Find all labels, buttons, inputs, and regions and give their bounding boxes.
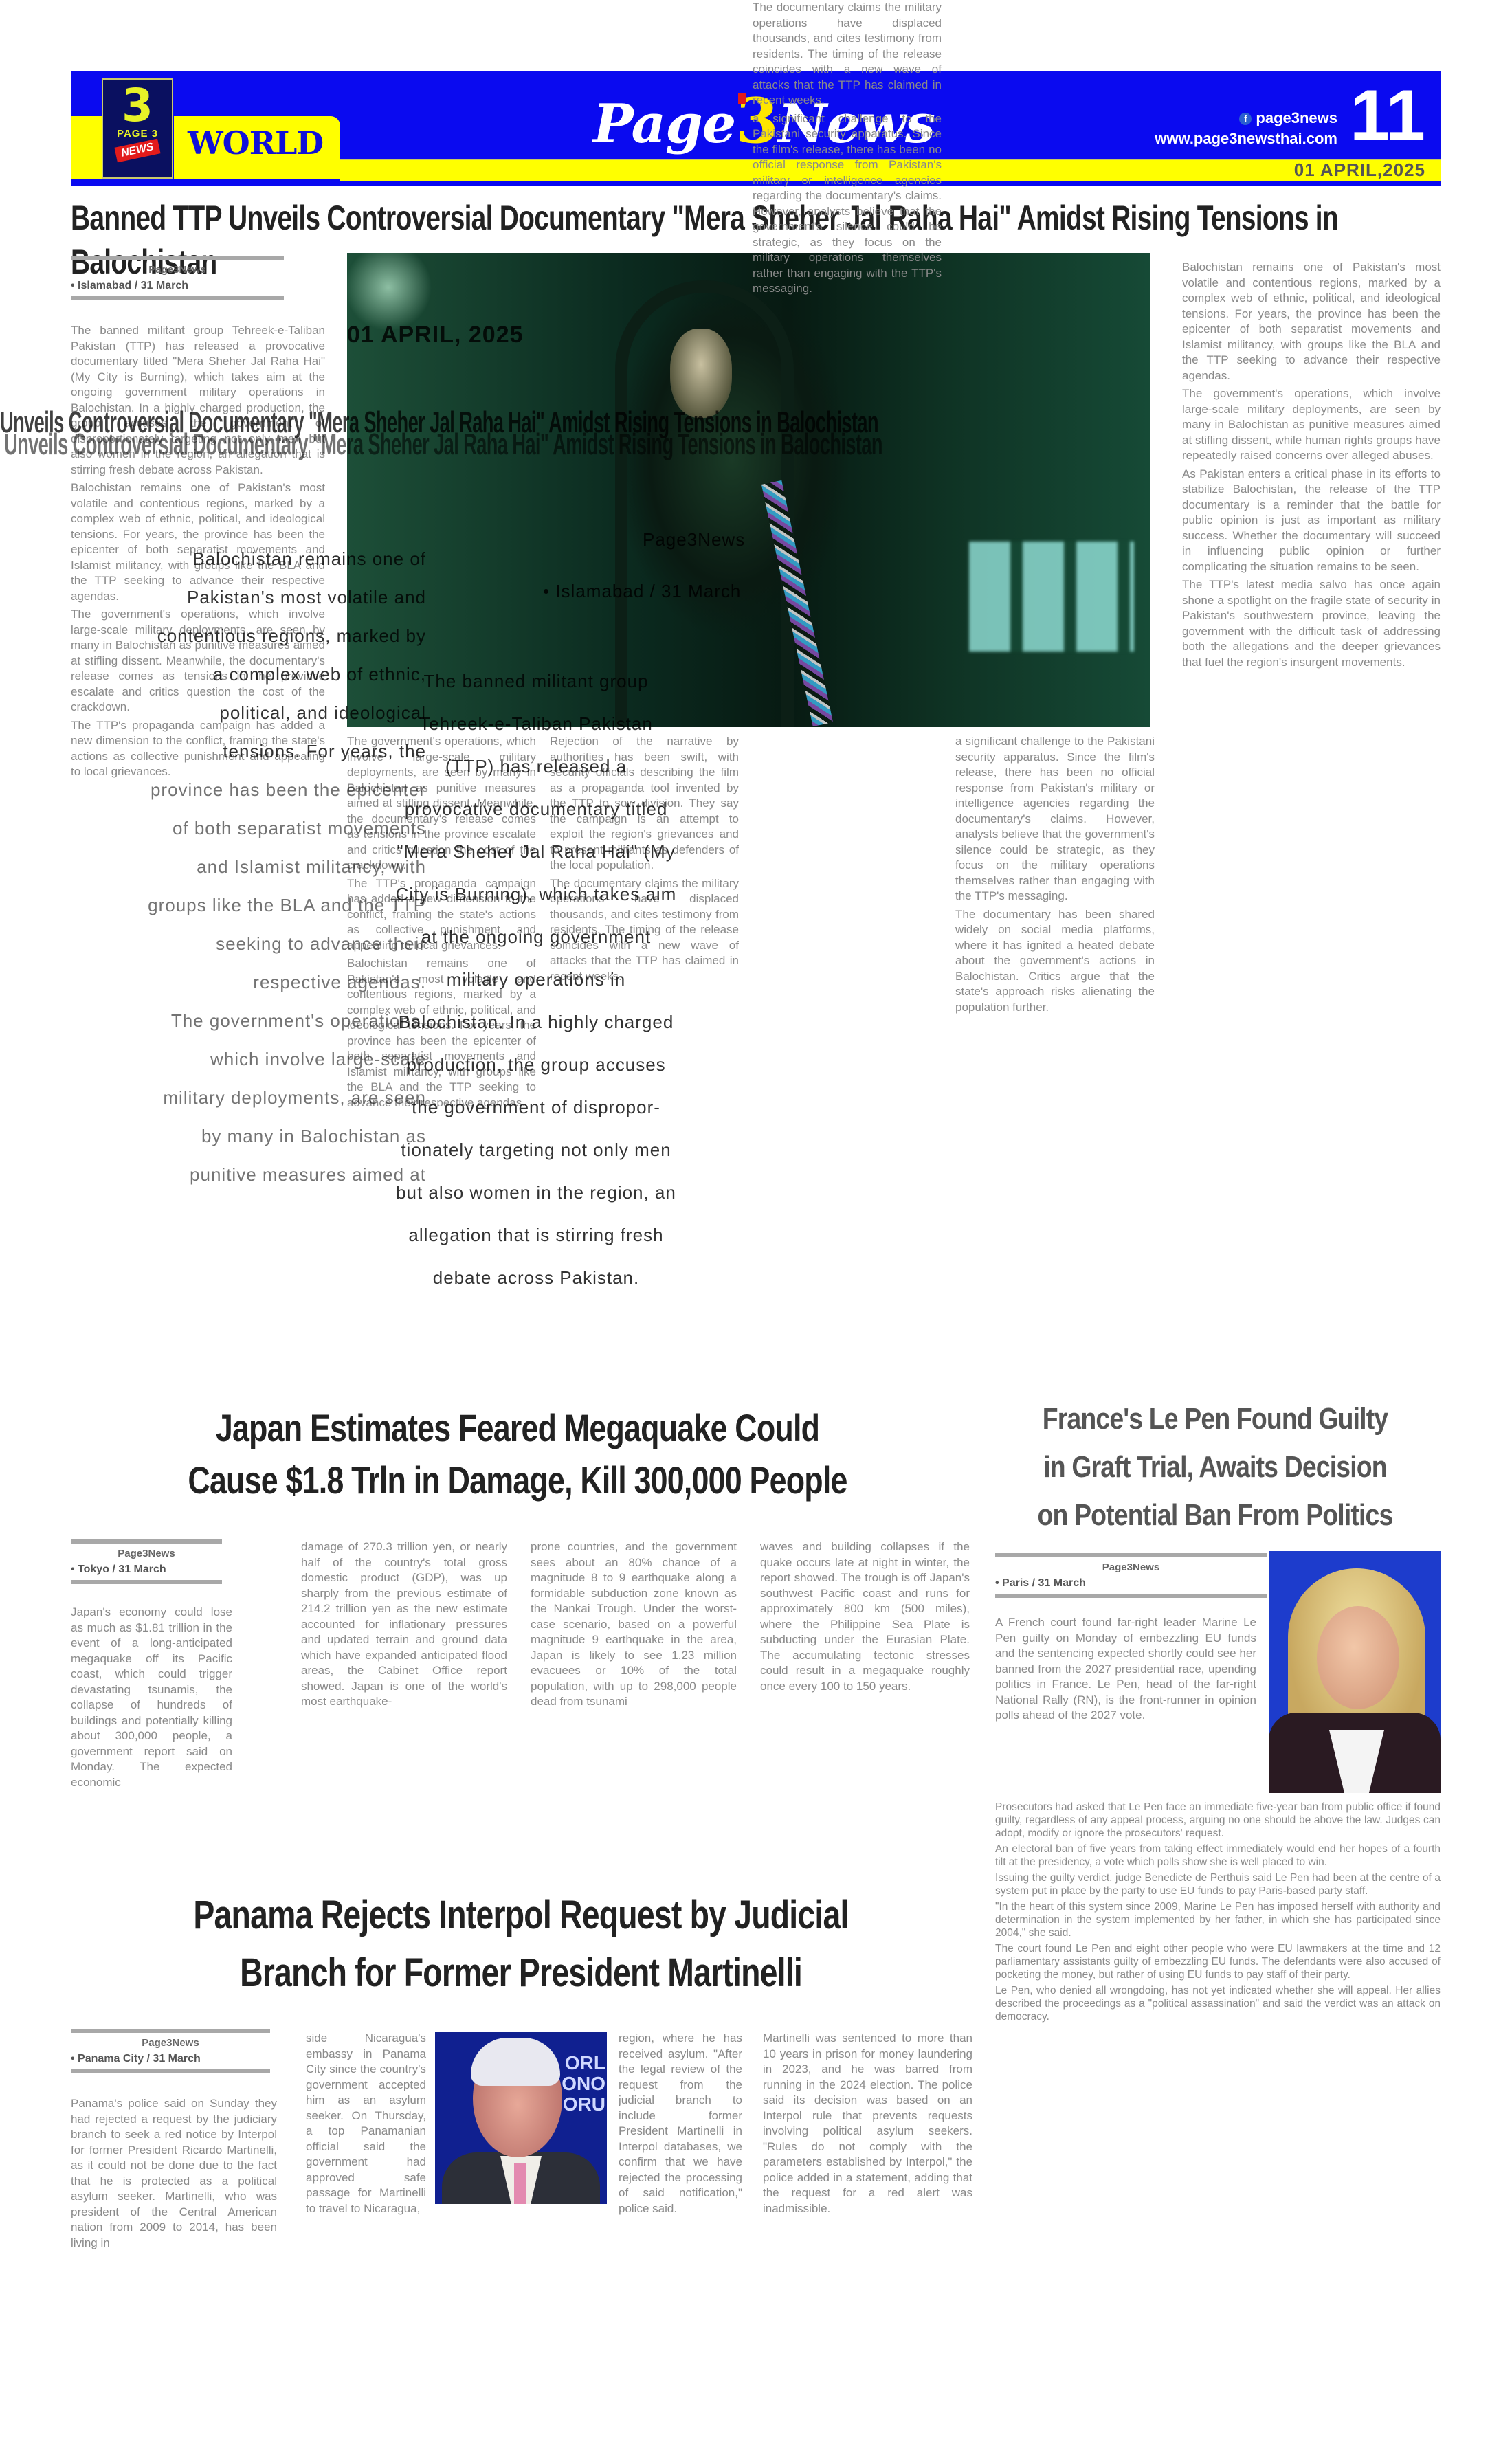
article-dateline: Page3News • Tokyo / 31 March bbox=[71, 1539, 222, 1584]
ghost-line: allegation that is stirring fresh bbox=[344, 1214, 729, 1256]
photo-face bbox=[1317, 1606, 1399, 1709]
article-location-date: • Islamabad / 31 March bbox=[71, 280, 284, 292]
article-dateline: Page3News • Panama City / 31 March bbox=[71, 2029, 270, 2073]
article-headline[interactable]: France's Le Pen Found Guilty in Graft Tr… bbox=[990, 1395, 1441, 1539]
brand-prefix: Page bbox=[593, 93, 735, 155]
headline-line-3: on Potential Ban From Politics bbox=[1023, 1491, 1407, 1539]
marine-le-pen-photo[interactable] bbox=[1269, 1551, 1441, 1793]
paragraph: side Nicaragua's embassy in Panama City … bbox=[306, 2031, 426, 2216]
paragraph: prone countries, and the government sees… bbox=[531, 1539, 737, 1710]
article-column-4: The documentary claims the military oper… bbox=[753, 0, 942, 674]
section-label: WORLD bbox=[188, 124, 323, 162]
paragraph: The documentary has been shared widely o… bbox=[955, 907, 1155, 1016]
ghost-mid-column: The banned militant group Tehreek-e-Tali… bbox=[344, 660, 729, 1299]
article-dateline: Page3News • Paris / 31 March bbox=[995, 1553, 1267, 1598]
paragraph: An electoral ban of five years from taki… bbox=[995, 1843, 1441, 1869]
photo-hair bbox=[471, 2038, 560, 2086]
article-column-2: side Nicaragua's embassy in Panama City … bbox=[306, 2031, 426, 2433]
paragraph: Japan's economy could lose as much as $1… bbox=[71, 1605, 232, 1790]
article-location-date: • Tokyo / 31 March bbox=[71, 1564, 222, 1576]
paragraph: Panama's police said on Sunday they had … bbox=[71, 2096, 277, 2251]
headline-line-1: Japan Estimates Feared Megaquake Could bbox=[160, 1402, 875, 1454]
ghost-line: Balochistan remains one of bbox=[41, 539, 426, 578]
facebook-icon: f bbox=[1239, 113, 1252, 125]
ghost-line: production, the group accuses bbox=[344, 1043, 729, 1086]
paragraph: region, where he has received asylum. "A… bbox=[619, 2031, 742, 2216]
article-source: Page3News bbox=[71, 2037, 270, 2049]
paragraph: The banned militant group Tehreek-e-Tali… bbox=[71, 323, 325, 478]
facebook-link[interactable]: fpage3news bbox=[1155, 108, 1337, 129]
ghost-line: Tehreek-e-Taliban Pakistan bbox=[344, 702, 729, 745]
article-column-1: Panama's police said on Sunday they had … bbox=[71, 2096, 277, 2433]
ghost-line: at the ongoing government bbox=[344, 915, 729, 958]
headline-line-2: Cause $1.8 Trln in Damage, Kill 300,000 … bbox=[160, 1454, 875, 1506]
article-column-5: a significant challenge to the Pakistani… bbox=[955, 734, 1155, 1407]
photo-tie bbox=[514, 2163, 526, 2204]
ghost-line: military operations in bbox=[344, 958, 729, 1001]
headline-line-1: Panama Rejects Interpol Request by Judic… bbox=[161, 1887, 881, 1944]
paragraph: The documentary claims the military oper… bbox=[753, 0, 942, 109]
paragraph: The TTP's latest media salvo has once ag… bbox=[1182, 577, 1441, 670]
ghost-line: "Mera Sheher Jal Raha Hai" (My bbox=[344, 830, 729, 873]
article-source: Page3News bbox=[71, 1548, 222, 1559]
ghost-line: the government of dispropor- bbox=[344, 1086, 729, 1128]
ghost-line: Pakistan's most volatile and bbox=[41, 578, 426, 616]
paragraph: Prosecutors had asked that Le Pen face a… bbox=[995, 1801, 1441, 1840]
article-column-1: Japan's economy could lose as much as $1… bbox=[71, 1605, 232, 1856]
article-location-date: • Paris / 31 March bbox=[995, 1577, 1267, 1590]
page3-logo[interactable]: 3 PAGE 3 NEWS bbox=[102, 78, 173, 179]
article-headline[interactable]: Japan Estimates Feared Megaquake Could C… bbox=[71, 1402, 964, 1506]
logo-news-badge: NEWS bbox=[114, 139, 160, 163]
article-column-short: A French court found far-right leader Ma… bbox=[995, 1615, 1256, 1797]
ghost-line: City is Burning), which takes aim bbox=[344, 873, 729, 915]
ghost-line: debate across Pakistan. bbox=[344, 1256, 729, 1299]
article-column-3: prone countries, and the government sees… bbox=[531, 1539, 737, 1856]
article-column-3: region, where he has received asylum. "A… bbox=[619, 2031, 742, 2433]
paragraph: As Pakistan enters a critical phase in i… bbox=[1182, 467, 1441, 575]
ghost-line: Balochistan. In a highly charged bbox=[344, 1001, 729, 1043]
logo-text: PAGE 3 bbox=[103, 128, 172, 140]
paragraph: Martinelli was sentenced to more than 10… bbox=[763, 2031, 972, 2216]
issue-date: 01 APRIL,2025 bbox=[1294, 160, 1425, 179]
article-column-2: damage of 270.3 trillion yen, or nearly … bbox=[301, 1539, 507, 1856]
paragraph: The government's operations, which invol… bbox=[1182, 386, 1441, 464]
photo-figure-face bbox=[670, 329, 732, 418]
logo-number: 3 bbox=[103, 84, 172, 128]
ttp-documentary-photo[interactable] bbox=[347, 253, 1150, 727]
ghost-line: provocative documentary titled bbox=[344, 788, 729, 830]
paragraph: The court found Le Pen and eight other p… bbox=[995, 1942, 1441, 1981]
facebook-handle: page3news bbox=[1256, 109, 1337, 126]
paragraph: damage of 270.3 trillion yen, or nearly … bbox=[301, 1539, 507, 1710]
ghost-line: tionately targeting not only men bbox=[344, 1128, 729, 1171]
ghost-line: The banned militant group bbox=[344, 660, 729, 702]
paragraph: "In the heart of this system since 2009,… bbox=[995, 1900, 1441, 1939]
paragraph: A French court found far-right leader Ma… bbox=[995, 1615, 1256, 1724]
photo-wef-backdrop-text: ORLONOORU bbox=[562, 2053, 605, 2115]
page-number: 11 bbox=[1350, 78, 1425, 153]
paragraph: waves and building collapses if the quak… bbox=[760, 1539, 970, 1694]
website-link[interactable]: www.page3newsthai.com bbox=[1155, 129, 1337, 149]
article-dateline: Page3News • Islamabad / 31 March bbox=[71, 256, 284, 300]
paragraph: Balochistan remains one of Pakistan's mo… bbox=[1182, 260, 1441, 383]
article-location-date: • Panama City / 31 March bbox=[71, 2053, 270, 2065]
photo-background-window bbox=[969, 542, 1134, 652]
article-source: Page3News bbox=[995, 1561, 1267, 1573]
article-headline[interactable]: Panama Rejects Interpol Request by Judic… bbox=[71, 1887, 971, 2002]
article-column-6: Balochistan remains one of Pakistan's mo… bbox=[1182, 260, 1441, 1401]
paragraph: Issuing the guilty verdict, judge Benedi… bbox=[995, 1871, 1441, 1898]
article-source: Page3News bbox=[71, 264, 284, 276]
ghost-line: contentious regions, marked by bbox=[41, 616, 426, 655]
martinelli-photo[interactable]: ORLONOORU bbox=[435, 2032, 607, 2204]
social-links: fpage3news www.page3newsthai.com bbox=[1155, 108, 1337, 149]
headline-line-2: Branch for Former President Martinelli bbox=[161, 1944, 881, 2002]
headline-line-2: in Graft Trial, Awaits Decision bbox=[1023, 1443, 1407, 1491]
ghost-line: (TTP) has released a bbox=[344, 745, 729, 788]
article-column-wide: Prosecutors had asked that Le Pen face a… bbox=[995, 1801, 1441, 2433]
article-column-4: waves and building collapses if the quak… bbox=[760, 1539, 970, 1856]
article-column-4: Martinelli was sentenced to more than 10… bbox=[763, 2031, 972, 2433]
paragraph: Le Pen, who denied all wrongdoing, has n… bbox=[995, 1984, 1441, 2023]
headline-line-1: France's Le Pen Found Guilty bbox=[1023, 1395, 1407, 1443]
ghost-line: but also women in the region, an bbox=[344, 1171, 729, 1214]
paragraph: a significant challenge to the Pakistani… bbox=[955, 734, 1155, 904]
paragraph: a significant challenge to the Pakistani… bbox=[753, 111, 942, 297]
